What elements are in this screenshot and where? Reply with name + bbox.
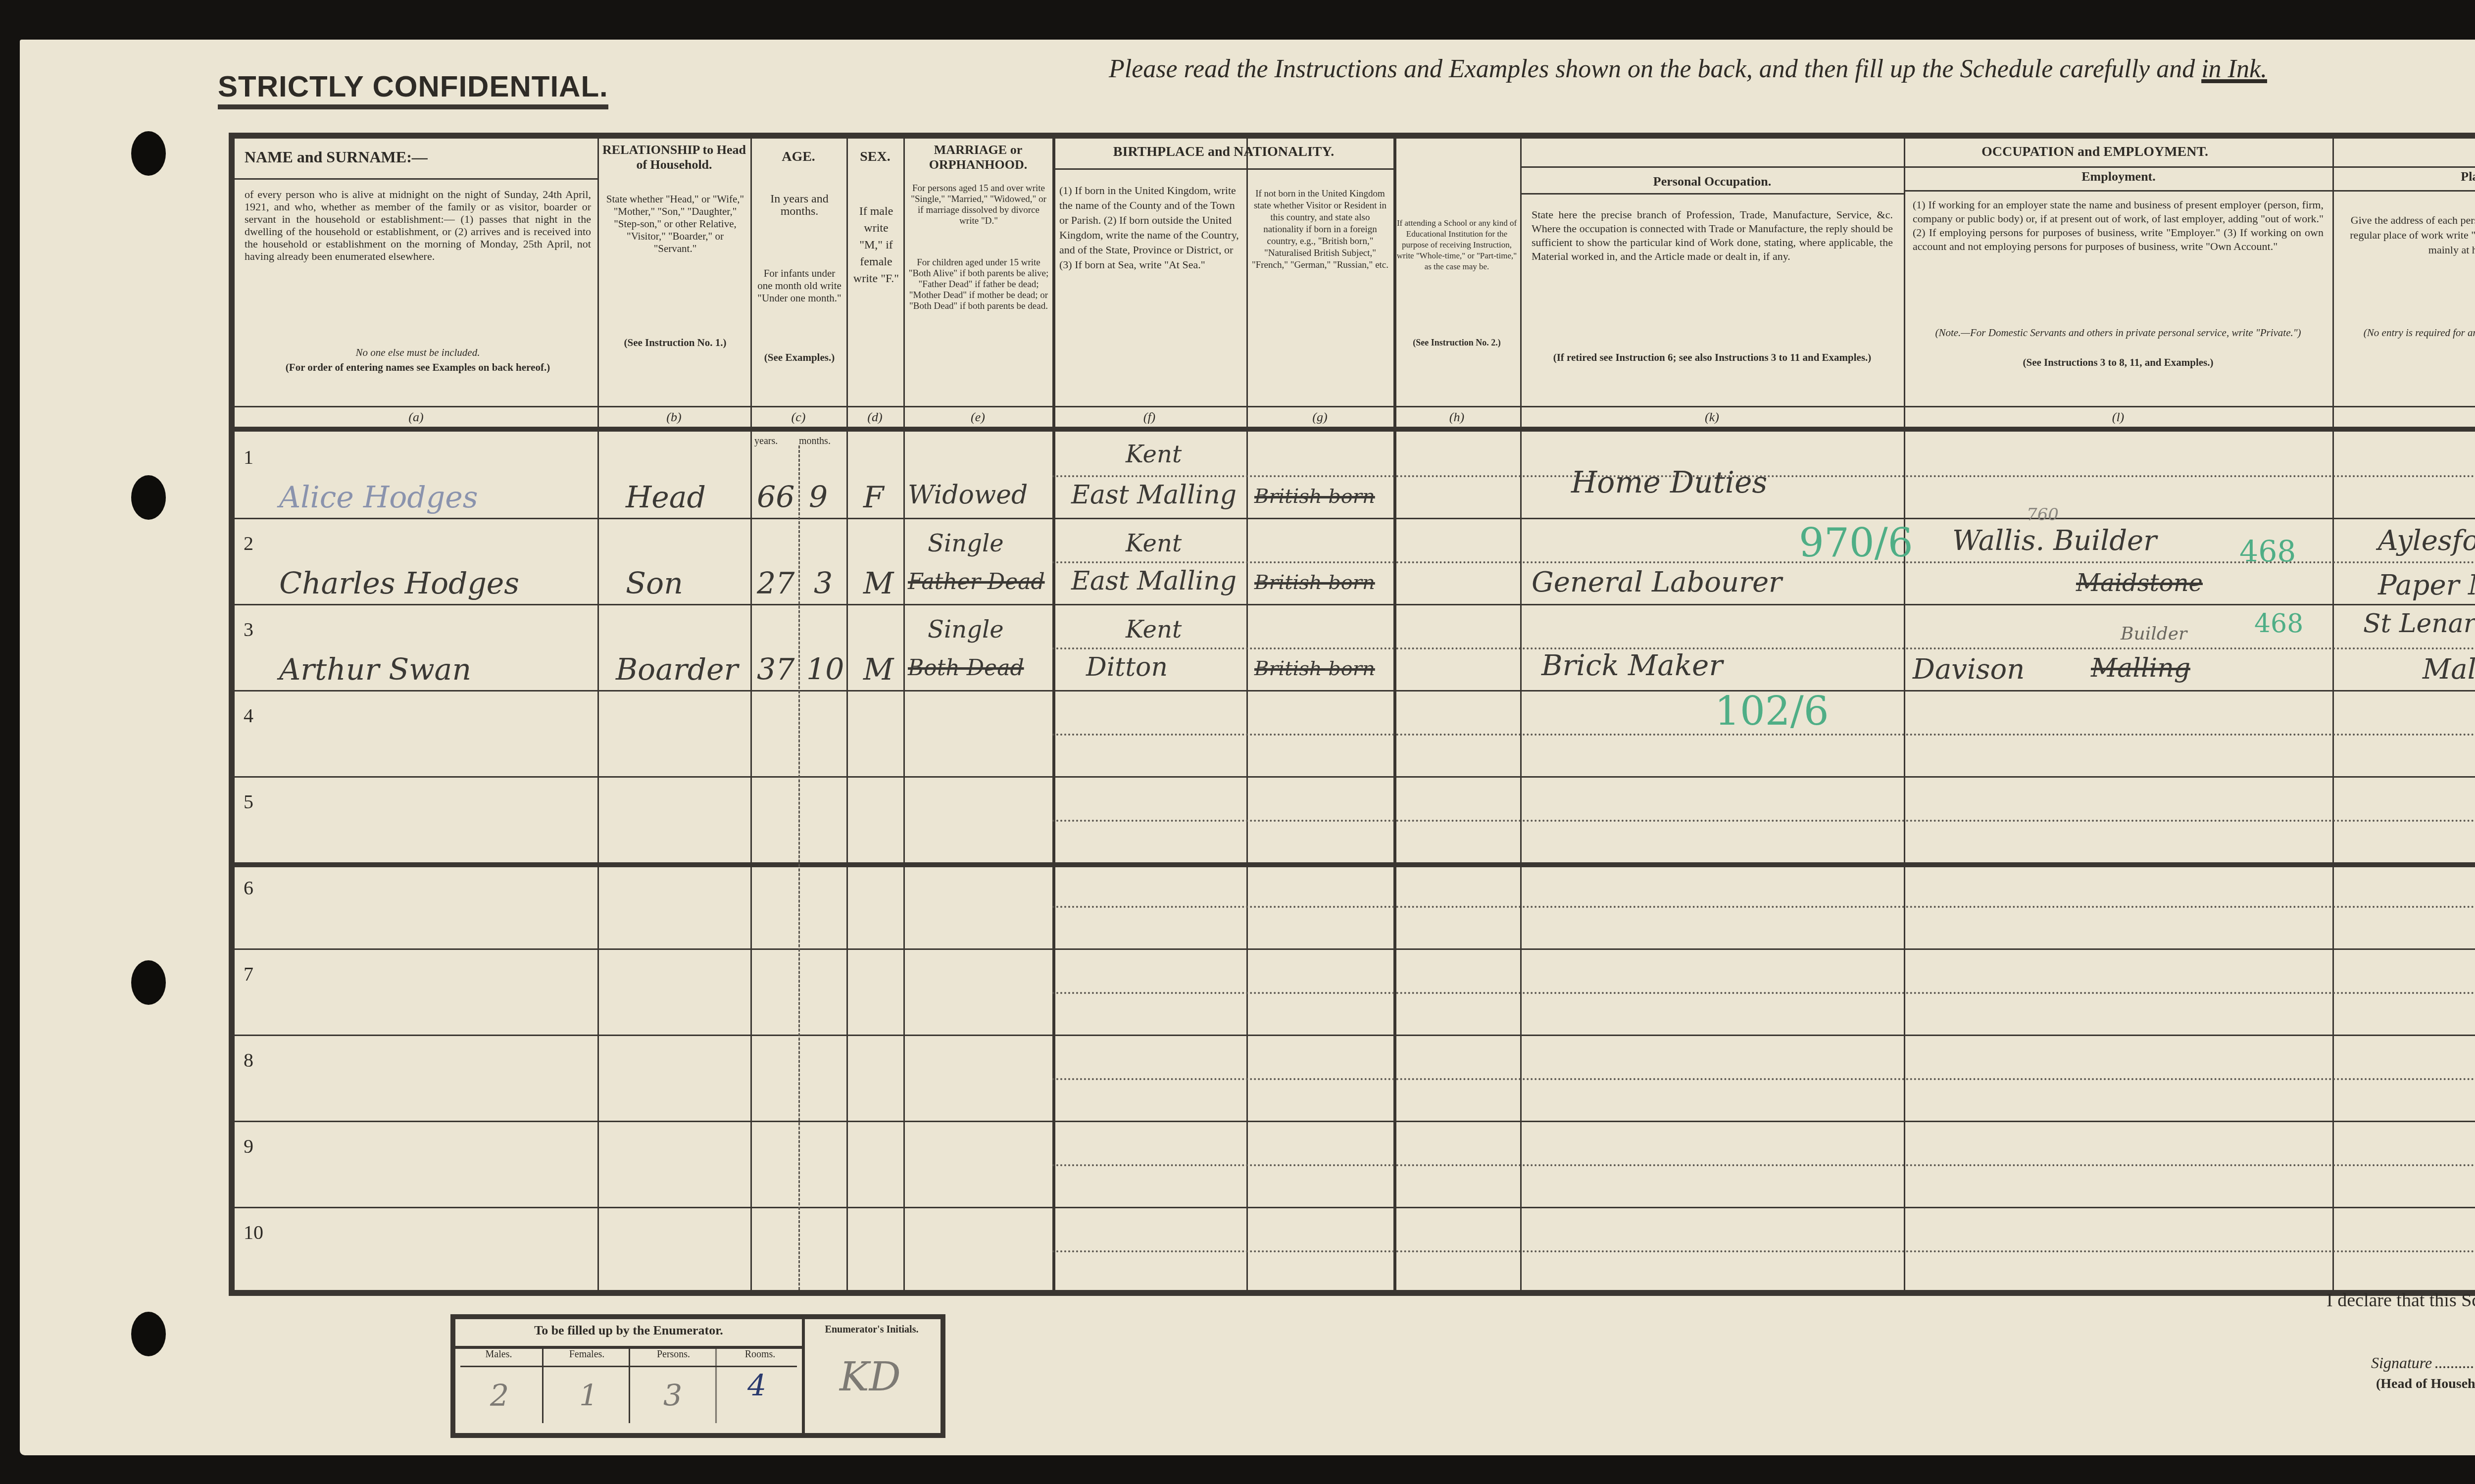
age-months-sublabel: months. — [799, 436, 831, 447]
instructions-line: Please read the Instructions and Example… — [1109, 54, 2267, 84]
header-rule — [1052, 168, 1394, 170]
row-rule — [235, 1207, 2475, 1208]
row1-name[interactable]: Alice Hodges — [279, 480, 478, 515]
row-number: 4 — [244, 704, 253, 727]
signature-label: Signature — [2371, 1354, 2432, 1372]
females-value[interactable]: 1 — [579, 1379, 598, 1413]
sex-col-title: SEX. — [848, 148, 902, 165]
relationship-col-title: RELATIONSHIP to Head of Household. — [600, 143, 748, 172]
mid-dotted — [1052, 1164, 2475, 1166]
row2-age-years[interactable]: 27 — [757, 566, 794, 601]
col-letter: (d) — [846, 410, 903, 425]
punch-hole — [131, 960, 166, 1005]
relationship-col-body: State whether "Head," or "Wife," "Mother… — [606, 193, 744, 255]
row-number: 10 — [244, 1221, 263, 1244]
signature-subtitle: (Head of Household, Manager of Establish… — [2376, 1376, 2475, 1392]
col-letter: (c) — [750, 410, 846, 425]
row-rule — [235, 948, 2475, 950]
signature-line — [2435, 1366, 2475, 1368]
col-letter: (g) — [1246, 410, 1393, 425]
row3-occupation[interactable]: Brick Maker — [1541, 648, 1723, 682]
row1-age-months[interactable]: 9 — [809, 480, 828, 515]
age-years-sublabel: years. — [754, 436, 778, 447]
row1-birth-county[interactable]: Kent — [1126, 441, 1182, 468]
col-divider — [1520, 139, 1522, 1290]
row3-birth-county[interactable]: Kent — [1126, 616, 1182, 643]
confidential-heading: STRICTLY CONFIDENTIAL. — [218, 69, 608, 109]
col-letter: (b) — [597, 410, 750, 425]
employment-col-title: Employment. — [1906, 168, 2331, 185]
birthplace-group-title: BIRTHPLACE and NATIONALITY. — [1054, 144, 1393, 160]
col-letter: (f) — [1052, 410, 1246, 425]
age-col-note2: (See Examples.) — [757, 351, 841, 364]
name-col-title: NAME and SURNAME:— — [245, 148, 591, 165]
row-number: 5 — [244, 790, 253, 813]
header-rule — [235, 178, 597, 180]
row-number: 1 — [244, 445, 253, 469]
marriage-col-body: For persons aged 15 and over write "Sing… — [908, 183, 1049, 227]
place-of-work-col-body: Give the address of each person's place … — [2341, 213, 2475, 257]
row3-employer-business[interactable]: Builder — [2121, 624, 2187, 644]
row3-age-months[interactable]: 10 — [806, 652, 844, 687]
row2-employer-place[interactable]: Maidstone — [2076, 569, 2203, 597]
enumerator-box-title: To be filled up by the Enumerator. — [455, 1319, 802, 1349]
nationality-col-body: If not born in the United Kingdom state … — [1249, 188, 1391, 271]
row2-occupation[interactable]: General Labourer — [1532, 566, 1782, 598]
row1-sex[interactable]: F — [863, 480, 884, 515]
place-of-work-col-note: (No entry is required for any person who… — [2341, 327, 2475, 339]
row3-employer-code: 468 — [2254, 609, 2303, 639]
enumerator-tally-box: To be filled up by the Enumerator. Enume… — [450, 1314, 945, 1438]
col-divider — [1393, 139, 1396, 1290]
occupation-col-body: State here the precise branch of Profess… — [1532, 208, 1893, 263]
punch-hole — [131, 1312, 166, 1356]
relationship-col-note: (See Instruction No. 1.) — [606, 337, 744, 349]
col-letter: (h) — [1393, 410, 1520, 425]
instructions-text: Please read the Instructions and Example… — [1109, 55, 2201, 83]
header-rule — [1520, 193, 1904, 195]
males-value[interactable]: 2 — [490, 1379, 509, 1413]
occupation-col-note: (If retired see Instruction 6; see also … — [1532, 351, 1893, 364]
row3-orphanhood[interactable]: Both Dead — [908, 655, 1024, 681]
row2-marriage-status[interactable]: Single — [928, 530, 1004, 557]
age-col-body: In years and months. — [757, 193, 841, 218]
row2-name[interactable]: Charles Hodges — [279, 566, 519, 601]
col-divider — [1904, 139, 1905, 1290]
employment-col-note2: (See Instructions 3 to 8, 11, and Exampl… — [1913, 356, 2324, 369]
col-letter: (e) — [903, 410, 1052, 425]
row3-sex[interactable]: M — [863, 652, 893, 687]
school-col-note: (See Instruction No. 2.) — [1396, 337, 1518, 349]
row3-name[interactable]: Arthur Swan — [279, 652, 471, 687]
name-col-note2: (For order of entering names see Example… — [245, 361, 591, 374]
row-rule — [235, 776, 2475, 778]
row2-work-place-line2[interactable]: Paper Mill — [2378, 569, 2475, 601]
row3-work-place[interactable]: St Lenards Street — [2363, 609, 2475, 639]
row2-birth-place[interactable]: East Malling — [1071, 566, 1237, 596]
birthplace-col-body: (1) If born in the United Kingdom, write… — [1059, 183, 1242, 272]
row-rule — [235, 690, 2475, 692]
row1-occupation[interactable]: Home Duties — [1571, 465, 1767, 500]
age-years-months-divider — [798, 445, 800, 1290]
row2-work-place[interactable]: Aylesford — [2378, 525, 2475, 557]
row2-orphanhood[interactable]: Father Dead — [908, 569, 1045, 594]
row2-age-months[interactable]: 3 — [814, 566, 833, 601]
col-divider — [846, 139, 848, 1290]
row1-birth-place[interactable]: East Malling — [1071, 480, 1237, 510]
row3-work-place-line2[interactable]: Malling — [2423, 653, 2475, 686]
punch-hole — [131, 475, 166, 520]
header-rule — [2332, 190, 2475, 192]
mid-dotted — [1052, 992, 2475, 994]
row1-nationality[interactable]: British born — [1254, 485, 1375, 508]
col-divider — [903, 139, 905, 1290]
row2-nationality[interactable]: British born — [1254, 571, 1375, 594]
row-rule — [235, 518, 2475, 519]
marriage-col-note: For children aged under 15 write "Both A… — [908, 257, 1049, 312]
row3-age-years[interactable]: 37 — [757, 652, 794, 687]
initials-value[interactable]: KD — [840, 1354, 901, 1400]
header-rule — [1904, 190, 2332, 192]
mid-dotted — [1052, 647, 2475, 649]
persons-value[interactable]: 3 — [663, 1379, 682, 1413]
row2-employer-code: 468 — [2239, 535, 2296, 569]
row2-occupation-code: 970/6 — [1799, 520, 1913, 566]
punch-hole — [131, 131, 166, 176]
row3-nationality[interactable]: British born — [1254, 657, 1375, 680]
row-number: 6 — [244, 876, 253, 899]
row-number: 9 — [244, 1135, 253, 1158]
col-divider — [1052, 139, 1055, 1290]
mid-dotted — [1052, 1250, 2475, 1252]
col-letter: (l) — [1904, 410, 2332, 425]
row-rule — [235, 1035, 2475, 1036]
row1-marriage[interactable]: Widowed — [908, 480, 1028, 510]
occupation-col-title: Personal Occupation. — [1522, 173, 1903, 190]
row-rule — [235, 1121, 2475, 1122]
school-col-body: If attending a School or any kind of Edu… — [1396, 218, 1518, 272]
col-letter: (a) — [235, 410, 597, 425]
row3-birth-place[interactable]: Ditton — [1086, 652, 1168, 682]
row2-sex[interactable]: M — [863, 566, 893, 601]
age-col-title: AGE. — [752, 148, 844, 165]
initials-cell: Enumerator's Initials. KD — [802, 1319, 939, 1433]
row-rule — [235, 604, 2475, 605]
rooms-value[interactable]: 4 — [747, 1369, 766, 1403]
row1-relationship[interactable]: Head — [626, 480, 706, 515]
row-rule — [235, 862, 2475, 867]
mid-dotted — [1052, 906, 2475, 908]
row3-employer-place[interactable]: Malling — [2091, 653, 2190, 683]
in-ink-text: in Ink. — [2201, 55, 2267, 83]
marriage-col-title: MARRIAGE or ORPHANHOOD. — [906, 143, 1050, 172]
mid-dotted — [1052, 820, 2475, 822]
col-divider — [2332, 139, 2334, 1290]
occupation-group-title: OCCUPATION and EMPLOYMENT. — [1522, 144, 2475, 160]
row2-employer-code-annot: 760 — [2027, 505, 2059, 525]
name-col-note: No one else must be included. — [245, 346, 591, 359]
name-col-body: of every person who is alive at midnight… — [245, 188, 591, 262]
age-col-note: For infants under one month old write "U… — [757, 267, 841, 304]
col-divider — [750, 139, 752, 1290]
col-letter: (m) — [2332, 410, 2475, 425]
letter-row-rule — [235, 406, 2475, 407]
row1-age-years[interactable]: 66 — [757, 480, 794, 515]
row2-birth-county[interactable]: Kent — [1126, 530, 1182, 557]
row3-marriage-status[interactable]: Single — [928, 616, 1004, 643]
row2-relationship[interactable]: Son — [626, 566, 683, 601]
col-divider — [597, 139, 599, 1290]
row2-employer[interactable]: Wallis. Builder — [1952, 525, 2157, 557]
males-label: Males. — [455, 1349, 542, 1360]
row-number: 2 — [244, 532, 253, 555]
row-number: 7 — [244, 962, 253, 986]
header-rule — [1520, 166, 2475, 168]
col-divider — [1246, 139, 1248, 1290]
place-of-work-col-title: Place of Work. — [2334, 168, 2475, 185]
initials-label: Enumerator's Initials. — [805, 1319, 939, 1336]
sex-col-body: If male write "M," if female write "F." — [851, 203, 901, 287]
census-table: NAME and SURNAME:— of every person who i… — [229, 133, 2475, 1296]
employment-col-note: (Note.—For Domestic Servants and others … — [1913, 327, 2324, 339]
col-letter: (k) — [1520, 410, 1904, 425]
header-bottom-rule — [235, 427, 2475, 432]
employment-col-body: (1) If working for an employer state the… — [1913, 198, 2324, 253]
declaration-text: I declare that this Schedule is correctl… — [2326, 1289, 2475, 1311]
row3-employer[interactable]: Davison — [1913, 653, 2025, 686]
row-number: 3 — [244, 618, 253, 641]
mid-dotted — [1052, 1078, 2475, 1080]
row3-relationship[interactable]: Boarder — [616, 652, 738, 687]
tally-rule — [460, 1366, 797, 1367]
row3-occupation-code: 102/6 — [1715, 688, 1829, 734]
row-number: 8 — [244, 1048, 253, 1072]
